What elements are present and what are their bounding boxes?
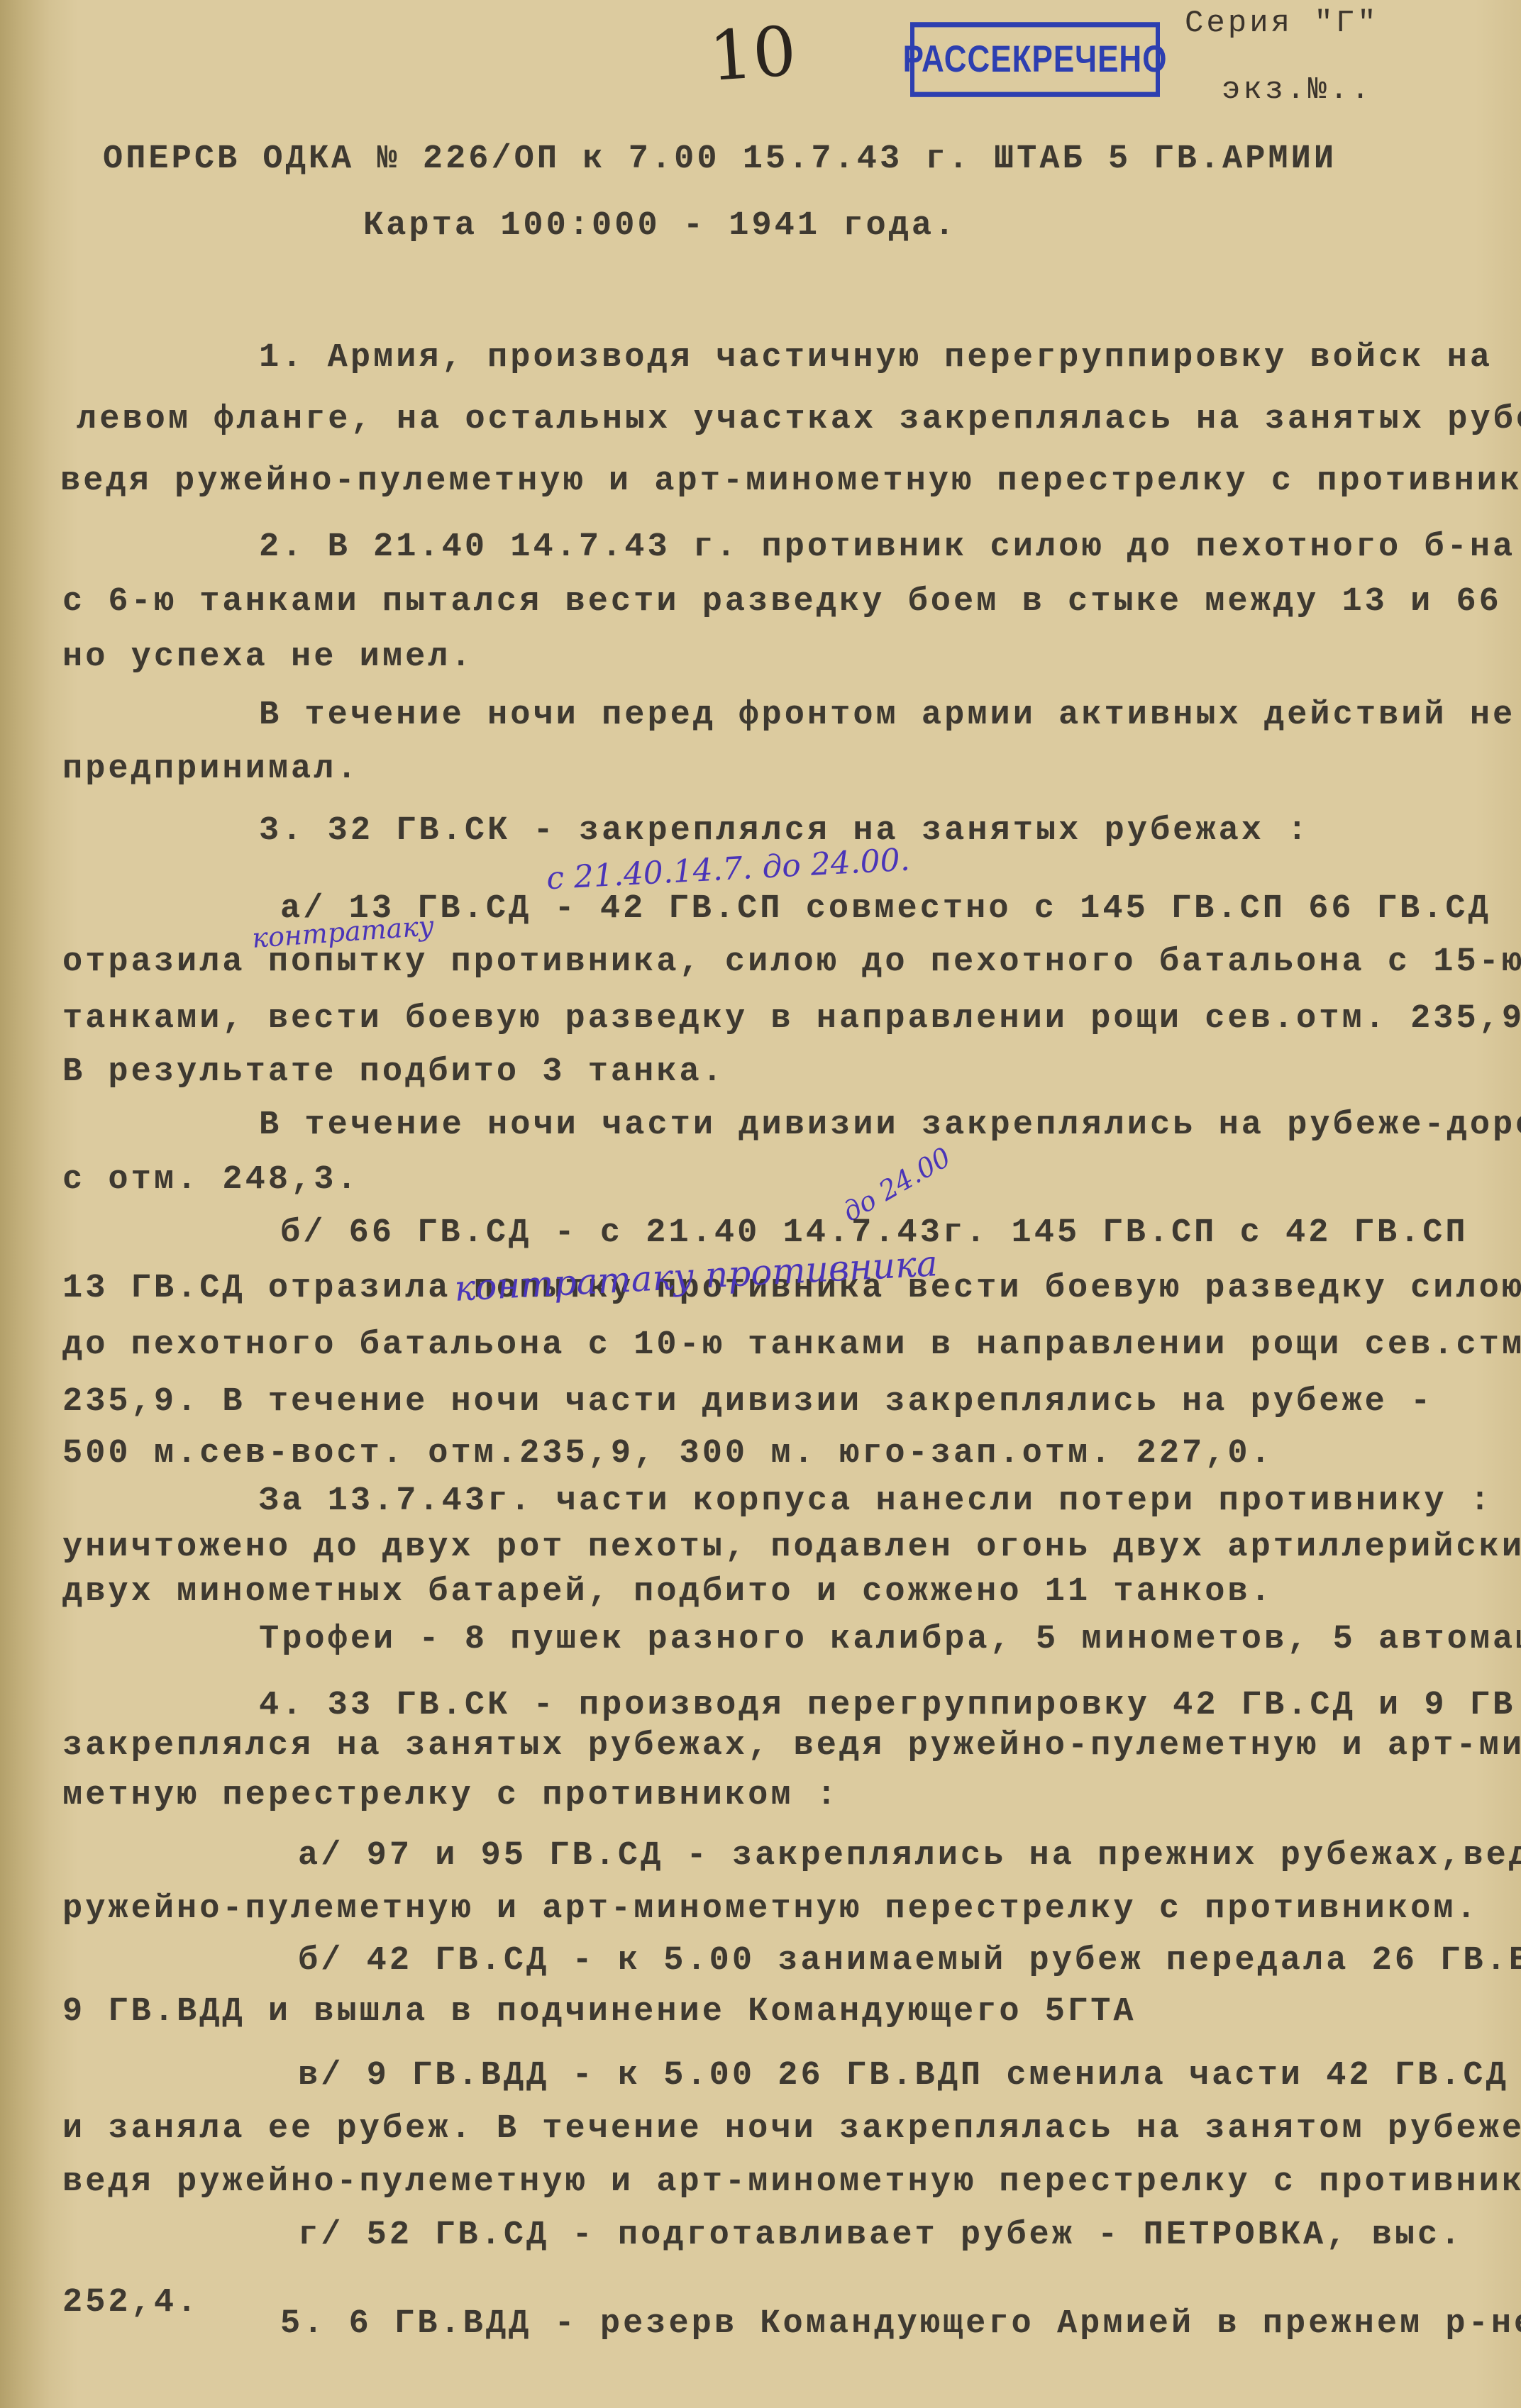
paragraph-4v-line: в/ 9 ГВ.ВДД - к 5.00 26 ГВ.ВДП сменила ч… [298, 2057, 1509, 2094]
paragraph-4b-line: б/ 42 ГВ.СД - к 5.00 занимаемый рубеж пе… [298, 1942, 1521, 1980]
paragraph-4v-line: ведя ружейно-пулеметную и арт-минометную… [62, 2163, 1521, 2201]
paragraph-2-line: с 6-ю танками пытался вести разведку бое… [62, 583, 1521, 621]
paragraph-4-line: 4. 33 ГВ.СК - производя перегруппировку … [259, 1687, 1521, 1724]
paragraph-3a-line: а/ 13 ГВ.СД - 42 ГВ.СП совместно с 145 Г… [280, 890, 1491, 928]
paragraph-1-line: ведя ружейно-пулеметную и арт-минометную… [60, 462, 1521, 500]
map-reference: Карта 100:000 - 1941 года. [363, 207, 957, 245]
paragraph-3b-line: 500 м.сев-вост. отм.235,9, 300 м. юго-за… [62, 1435, 1273, 1472]
paragraph-3-heading: 3. 32 ГВ.СК - закреплялся на занятых руб… [259, 812, 1310, 850]
paragraph-3b-line: до пехотного батальона с 10-ю танками в … [62, 1326, 1521, 1364]
paragraph-2-line: но успеха не имел. [62, 638, 474, 676]
series-label: Серия "Г" [1185, 6, 1379, 41]
losses-line: За 13.7.43г. части корпуса нанесли потер… [259, 1482, 1493, 1520]
losses-line: двух минометных батарей, подбито и сожже… [62, 1573, 1273, 1611]
losses-line: уничтожено до двух рот пехоты, подавлен … [62, 1528, 1521, 1566]
paragraph-3a-night-line: В течение ночи части дивизии закреплялис… [259, 1106, 1521, 1144]
paragraph-4b-line: 9 ГВ.ВДД и вышла в подчинение Командующе… [62, 1993, 1136, 2031]
paragraph-4g-line: г/ 52 ГВ.СД - подготавливает рубеж - ПЕТ… [298, 2216, 1463, 2254]
paragraph-4a-line: ружейно-пулеметную и арт-минометную пере… [62, 1890, 1479, 1928]
paragraph-3a-line: отразила попытку противника, силою до пе… [62, 943, 1521, 981]
paragraph-4g-line: 252,4. [62, 2284, 199, 2321]
paragraph-1-line: 1. Армия, производя частичную перегруппи… [259, 339, 1493, 377]
paragraph-3b-line: 235,9. В течение ночи части дивизии закр… [62, 1383, 1433, 1421]
copy-number: экз.№.. [1222, 72, 1373, 108]
paragraph-2-line: 2. В 21.40 14.7.43 г. противник силою до… [259, 528, 1515, 566]
paragraph-4-line: метную перестрелку с противником : [62, 1777, 839, 1814]
declassified-stamp: РАССЕКРЕЧЕНО [910, 22, 1160, 97]
paragraph-4a-line: а/ 97 и 95 ГВ.СД - закреплялись на прежн… [298, 1837, 1521, 1875]
paragraph-3a-night-line: с отм. 248,3. [62, 1161, 360, 1199]
paragraph-1-line: левом фланге, на остальных участках закр… [77, 401, 1521, 438]
paragraph-3a-line: В результате подбито 3 танка. [62, 1053, 725, 1091]
paragraph-5-line: 5. 6 ГВ.ВДД - резерв Командующего Армией… [280, 2305, 1521, 2343]
paragraph-4v-line: и заняла ее рубеж. В течение ночи закреп… [62, 2110, 1521, 2148]
paragraph-2-line: предпринимал. [62, 750, 360, 788]
paragraph-3a-line: танками, вести боевую разведку в направл… [62, 1000, 1521, 1038]
document-title: ОПЕРСВ ОДКА № 226/ОП к 7.00 15.7.43 г. Ш… [103, 140, 1337, 178]
trophies-line: Трофеи - 8 пушек разного калибра, 5 мино… [259, 1621, 1521, 1658]
paragraph-2-line: В течение ночи перед фронтом армии актив… [259, 697, 1515, 734]
page-number: 10 [707, 11, 799, 96]
paragraph-4-line: закреплялся на занятых рубежах, ведя руж… [62, 1727, 1521, 1765]
